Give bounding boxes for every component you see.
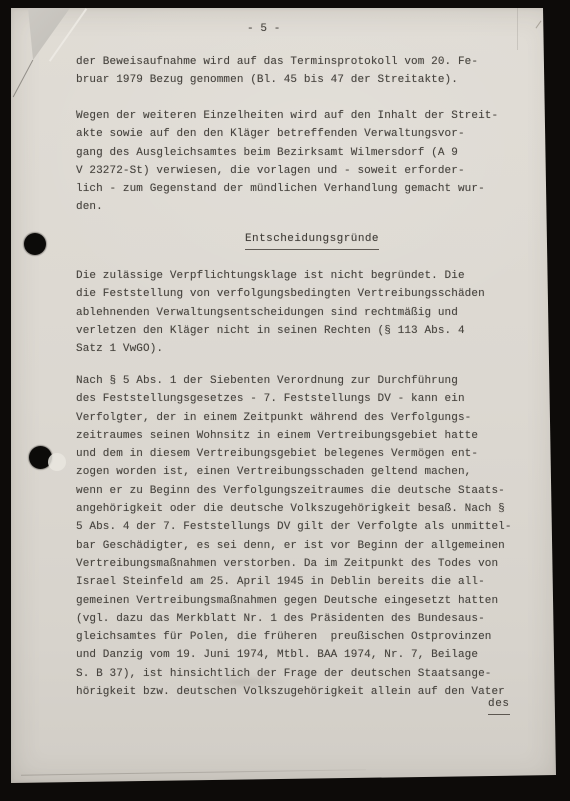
paragraph-case-file-reference: Wegen der weiteren Einzelheiten wird auf… (76, 107, 498, 217)
paragraph-legal-reasoning: Nach § 5 Abs. 1 der Siebenten Verordnung… (76, 372, 512, 701)
document-page: - 5 - der Beweisaufnahme wird auf das Te… (11, 8, 556, 783)
page-corner-fold (28, 8, 70, 60)
paper-edge-line (517, 8, 518, 50)
hole-punch-top (24, 233, 46, 255)
corner-scratch-mark (536, 21, 542, 29)
scan-background: - 5 - der Beweisaufnahme wird auf das Te… (0, 0, 570, 801)
fold-crease-line (13, 60, 34, 98)
page-number: - 5 - (247, 20, 281, 38)
paper-crease-line (21, 769, 366, 776)
pencil-smudge (196, 674, 291, 690)
paragraph-evidence-reference: der Beweisaufnahme wird auf das Terminsp… (76, 53, 478, 90)
section-heading-entscheidungsgruende: Entscheidungsgründe (245, 230, 379, 250)
paragraph-ruling-admissibility: Die zulässige Verpflichtungsklage ist ni… (76, 267, 485, 358)
hole-punch-ghost (48, 453, 66, 471)
catchword-next-page: des (488, 695, 510, 715)
